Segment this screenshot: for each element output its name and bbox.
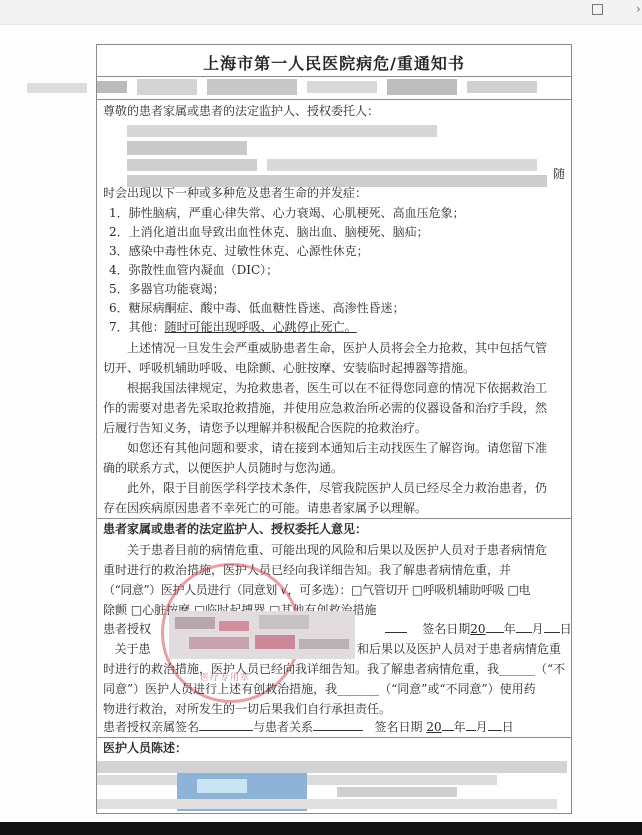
divider [97, 76, 571, 77]
paragraph-line: 存在因疾病原因患者不幸死亡的可能。请患者家属予以理解。 [103, 499, 565, 517]
redacted-diagnosis [127, 123, 547, 189]
second-opinion-line: 时进行的救治措施，医护人员已经向我详细告知。我了解患者病情危重，我______（… [103, 660, 565, 678]
sign1-date: 签名日期20年月日 [385, 620, 572, 638]
divider [97, 99, 571, 100]
second-opinion-line: 物进行救治，对所发生的一切后果我们自行承担责任。 [103, 700, 565, 718]
paragraph-line: 上述情况一旦发生会严重威胁患者生命，医护人员将会全力抢救，其中包括气管 [103, 339, 565, 357]
chevron-right-icon[interactable]: › [636, 2, 641, 16]
opinion-line: 关于患者目前的病情危重、可能出现的风险和后果以及医护人员对于患者病情危 [103, 541, 565, 559]
sign1-label: 患者授权 [103, 622, 151, 636]
item7-detail: 随时可能出现呼吸、心跳停止死亡。 [165, 320, 357, 334]
paragraph-line: 如您还有其他问题和要求，请在接到本通知后主动找医生了解咨询。请您留下准 [103, 439, 565, 457]
bottom-bar [0, 822, 642, 835]
paragraph-line: 切开、呼吸机辅助呼吸、电除颤、心脏按摩、安装临时起搏器等措施。 [103, 359, 565, 377]
redacted-patient-info [27, 77, 573, 99]
divider [97, 737, 571, 738]
redacted-tail: 随 [553, 165, 565, 183]
document-title: 上海市第一人民医院病危/重通知书 [97, 51, 571, 74]
redacted-signature [169, 611, 355, 659]
opinion-line: 重时进行的救治措施，医护人员已经向我详细告知。我了解患者病情危重，并 [103, 561, 565, 579]
salutation: 尊敬的患者家属或患者的法定监护人、授权委托人： [103, 102, 565, 120]
staff-heading: 医护人员陈述： [103, 739, 565, 757]
divider [97, 518, 571, 519]
opinion-heading: 患者家属或患者的法定监护人、授权委托人意见： [103, 520, 565, 538]
item7-prefix: 7．其他： [109, 320, 165, 334]
complication-item: 1．肺性脑病，严重心律失常、心力衰竭、心肌梗死、高血压危象； [109, 204, 565, 222]
complications-intro: 时会出现以下一种或多种危及患者生命的并发症： [103, 184, 565, 202]
sign-row-2: 患者授权亲属签名与患者关系 签名日期 20年月日 [103, 718, 565, 736]
complication-item: 6．糖尿病酮症、酸中毒、低血糖性昏迷、高渗性昏迷； [109, 299, 565, 317]
paragraph-line: 确的联系方式，以便医护人员随时与您沟通。 [103, 459, 565, 477]
paragraph-line: 后履行告知义务，请您予以理解并积极配合医院的抢救治疗。 [103, 419, 565, 437]
redacted-staff-statement [97, 759, 567, 813]
complication-item: 4．弥散性血管内凝血（DIC）； [109, 261, 565, 279]
second-opinion-line: 同意”）医护人员进行上述有创救治措施，我_______（“同意”或“不同意”）使… [103, 680, 565, 698]
complication-item-other: 7．其他：随时可能出现呼吸、心跳停止死亡。 [109, 318, 565, 336]
notice-document: 上海市第一人民医院病危/重通知书 尊敬的患者家属或患者的法定监护人、授权委托人：… [96, 44, 572, 814]
paragraph-line: 此外，限于目前医学科学技术条件，尽管我院医护人员已经尽全力救治患者，仍 [103, 479, 565, 497]
paragraph-line: 作的需要对患者先采取抢救措施，并使用应急救治所必需的仪器设备和治疗手段，然 [103, 399, 565, 417]
viewer-toolbar: › [0, 0, 642, 25]
maximize-icon[interactable] [592, 4, 603, 15]
complication-item: 5．多器官功能衰竭； [109, 280, 565, 298]
complication-item: 2．上消化道出血导致出血性休克、脑出血、脑梗死、脑疝； [109, 223, 565, 241]
paragraph-line: 根据我国法律规定，为抢救患者，医生可以在不征得您同意的情况下依据救治工 [103, 379, 565, 397]
complication-item: 3．感染中毒性休克、过敏性休克、心源性休克； [109, 242, 565, 260]
